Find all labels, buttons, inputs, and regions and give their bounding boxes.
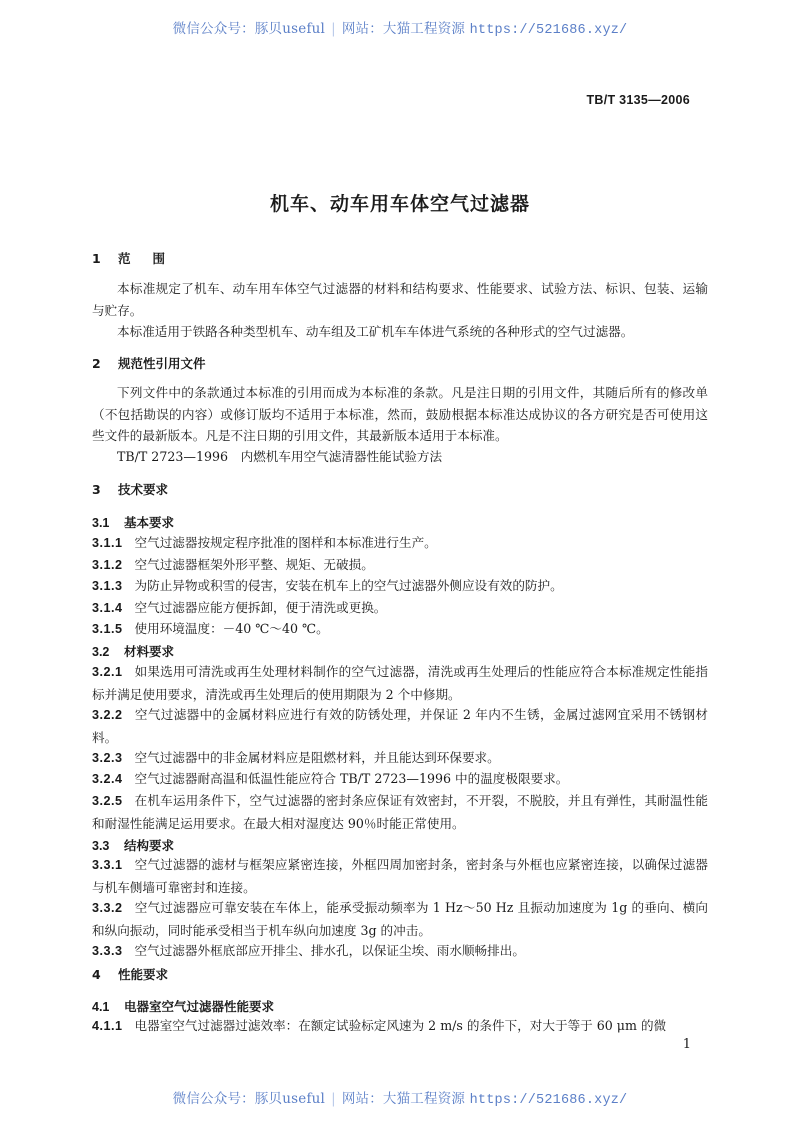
section-number: 1 [92,251,118,266]
subsection-title: 材料要求 [124,644,174,659]
clause-3-2-5: 3.2.5在机车运用条件下，空气过滤器的密封条应保证有效密封，不开裂，不脱胶，并… [92,790,708,834]
section-title: 技术要求 [118,482,168,497]
clause-4-1-1: 4.1.1电器室空气过滤器过滤效率：在额定试验标定风速为 2 m/s 的条件下，… [92,1015,708,1038]
subsection-3-2-heading: 3.2材料要求 [92,642,174,660]
watermark-top: 微信公众号：豚贝useful|网站：大猫工程资源 https://521686.… [0,17,800,38]
watermark-url[interactable]: https://521686.xyz/ [470,23,628,38]
watermark-url[interactable]: https://521686.xyz/ [470,1093,628,1108]
watermark-separator: | [331,21,336,37]
standard-code: TB/T 3135—2006 [586,93,690,107]
subsection-number: 3.2 [92,645,124,659]
clause-3-3-2: 3.3.2空气过滤器应可靠安装在车体上，能承受振动频率为 1 Hz～50 Hz … [92,897,708,941]
normative-reference: TB/T 2723—1996 内燃机车用空气滤清器性能试验方法 [92,446,708,468]
subsection-title: 结构要求 [124,838,174,853]
page-number: 1 [683,1037,691,1052]
subsection-4-1-heading: 4.1电器室空气过滤器性能要求 [92,997,274,1015]
section-2-heading: 2规范性引用文件 [92,354,206,372]
section-4-heading: 4性能要求 [92,965,168,983]
subsection-number: 4.1 [92,1000,124,1014]
clause-3-2-2: 3.2.2空气过滤器中的金属材料应进行有效的防锈处理，并保证 2 年内不生锈，金… [92,704,708,748]
watermark-wechat: 微信公众号：豚贝useful [173,1091,325,1107]
section-2-paragraph: 下列文件中的条款通过本标准的引用而成为本标准的条款。凡是注日期的引用文件，其随后… [92,382,708,447]
watermark-bottom: 微信公众号：豚贝useful|网站：大猫工程资源 https://521686.… [0,1087,800,1108]
section-title: 范围 [118,251,187,266]
watermark-site: 网站：大猫工程资源 [342,21,465,37]
section-number: 2 [92,356,118,371]
section-number: 4 [92,967,118,982]
document-title: 机车、动车用车体空气过滤器 [0,189,800,216]
clause-3-2-1: 3.2.1如果选用可清洗或再生处理材料制作的空气过滤器，清洗或再生处理后的性能应… [92,661,708,705]
section-number: 3 [92,482,118,497]
section-title: 规范性引用文件 [118,356,206,371]
watermark-site: 网站：大猫工程资源 [342,1091,465,1107]
watermark-wechat: 微信公众号：豚贝useful [173,21,325,37]
watermark-separator: | [331,1091,336,1107]
subsection-title: 电器室空气过滤器性能要求 [124,999,274,1014]
clause-3-1-3: 3.1.3为防止异物或积雪的侵害，安装在机车上的空气过滤器外侧应设有效的防护。 [92,575,708,598]
clause-3-1-2: 3.1.2空气过滤器框架外形平整、规矩、无破损。 [92,554,708,577]
clause-3-1-1: 3.1.1空气过滤器按规定程序批准的图样和本标准进行生产。 [92,532,708,555]
clause-3-2-4: 3.2.4空气过滤器耐高温和低温性能应符合 TB/T 2723—1996 中的温… [92,768,708,791]
clause-3-1-5: 3.1.5使用环境温度：－40 ℃～40 ℃。 [92,618,708,641]
section-1-paragraph-1: 本标准规定了机车、动车用车体空气过滤器的材料和结构要求、性能要求、试验方法、标识… [92,278,708,321]
clause-3-3-1: 3.3.1空气过滤器的滤材与框架应紧密连接，外框四周加密封条，密封条与外框也应紧… [92,854,708,898]
subsection-number: 3.3 [92,839,124,853]
clause-3-3-3: 3.3.3空气过滤器外框底部应开排尘、排水孔，以保证尘埃、雨水顺畅排出。 [92,940,708,963]
subsection-3-1-heading: 3.1基本要求 [92,513,174,531]
subsection-number: 3.1 [92,516,124,530]
clause-3-1-4: 3.1.4空气过滤器应能方便拆卸，便于清洗或更换。 [92,597,708,620]
section-1-paragraph-2: 本标准适用于铁路各种类型机车、动车组及工矿机车车体进气系统的各种形式的空气过滤器… [92,321,708,343]
subsection-title: 基本要求 [124,515,174,530]
subsection-3-3-heading: 3.3结构要求 [92,836,174,854]
section-title: 性能要求 [118,967,168,982]
clause-3-2-3: 3.2.3空气过滤器中的非金属材料应是阻燃材料，并且能达到环保要求。 [92,747,708,770]
section-3-heading: 3技术要求 [92,480,168,498]
section-1-heading: 1范围 [92,249,187,267]
